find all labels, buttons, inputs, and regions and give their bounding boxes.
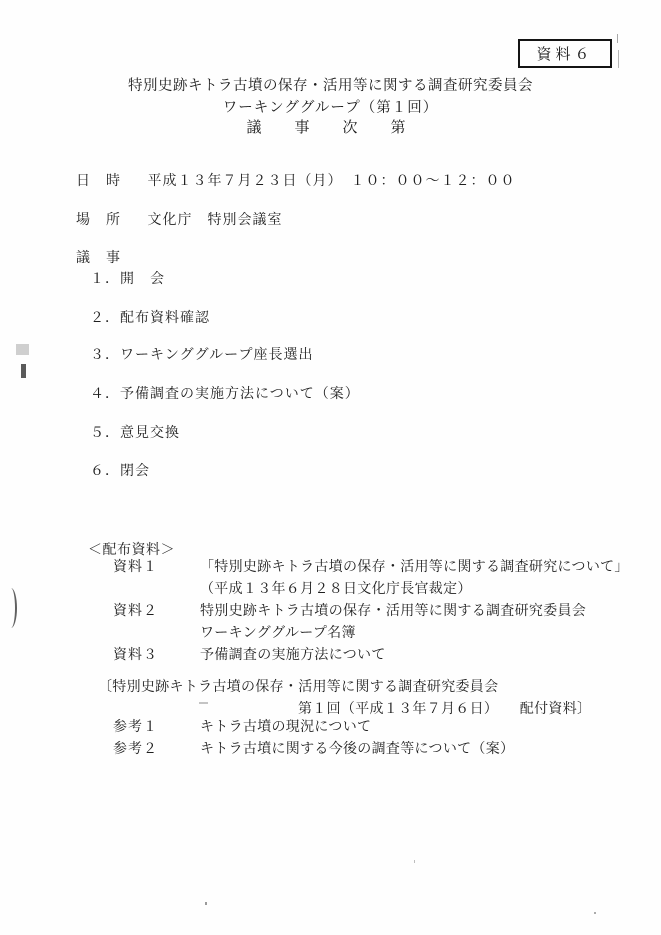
- datetime-value: 平成１３年７月２３日（月） １０：００～１２：００: [148, 170, 516, 190]
- handout-3-line-1: 予備調査の実施方法について: [200, 645, 386, 667]
- datetime-label: 日 時: [76, 170, 121, 190]
- scan-artifact-blob: [16, 344, 29, 355]
- agenda-item-2: ２．配布資料確認: [90, 307, 210, 327]
- place-value: 文化庁 特別会議室: [148, 209, 283, 229]
- scan-artifact-dash: [618, 50, 619, 68]
- working-group-subtitle: ワーキンググループ（第１回）: [0, 96, 661, 117]
- scan-artifact-curve: [5, 588, 17, 628]
- handout-1-line-1: 「特別史跡キトラ古墳の保存・活用等に関する調査研究について」: [200, 557, 629, 579]
- doc-number-label: 資料６: [536, 43, 593, 64]
- scan-artifact-dot: [199, 702, 208, 704]
- handout-2-line-1: 特別史跡キトラ古墳の保存・活用等に関する調査研究委員会: [200, 601, 586, 623]
- handout-row-2: 資料２ 特別史跡キトラ古墳の保存・活用等に関する調査研究委員会 ワーキンググルー…: [113, 601, 586, 645]
- scan-artifact-blob: [21, 364, 26, 378]
- handouts-heading: ＜配布資料＞: [88, 539, 175, 559]
- reference-2-text: キトラ古墳に関する今後の調査等について（案）: [200, 739, 514, 761]
- place-row: 場 所 文化庁 特別会議室: [76, 209, 283, 229]
- scan-artifact-dash: [617, 34, 618, 43]
- reference-label-2: 参考２: [113, 739, 200, 761]
- committee-title: 特別史跡キトラ古墳の保存・活用等に関する調査研究委員会: [0, 74, 661, 95]
- agenda-item-6: ６．閉会: [90, 460, 150, 480]
- reference-bracket-line-1: 〔特別史跡キトラ古墳の保存・活用等に関する調査研究委員会: [98, 676, 498, 696]
- scan-artifact-dot: [594, 912, 596, 914]
- scan-artifact-dot: [414, 860, 415, 863]
- agenda-item-1: １．開 会: [90, 268, 165, 288]
- place-label: 場 所: [76, 209, 121, 229]
- reference-bracket-line-2: 第１回（平成１３年７月６日） 配付資料〕: [298, 698, 591, 718]
- agenda-item-3: ３．ワーキンググループ座長選出: [90, 344, 313, 364]
- agenda-doc-heading: 議 事 次 第: [0, 116, 661, 137]
- agenda-section-label: 議 事: [76, 247, 121, 267]
- scan-artifact-dot: [205, 902, 207, 905]
- handout-label-2: 資料２: [113, 601, 200, 623]
- handout-row-1: 資料１ 「特別史跡キトラ古墳の保存・活用等に関する調査研究について」 （平成１３…: [113, 557, 629, 601]
- reference-row-1: 参考１ キトラ古墳の現況について: [113, 717, 371, 739]
- handout-label-1: 資料１: [113, 557, 200, 579]
- datetime-row: 日 時 平成１３年７月２３日（月） １０：００～１２：００: [76, 170, 516, 190]
- reference-1-text: キトラ古墳の現況について: [200, 717, 371, 739]
- agenda-item-4: ４．予備調査の実施方法について（案）: [90, 383, 360, 403]
- handout-row-3: 資料３ 予備調査の実施方法について: [113, 645, 386, 667]
- reference-row-2: 参考２ キトラ古墳に関する今後の調査等について（案）: [113, 739, 514, 761]
- agenda-item-5: ５．意見交換: [90, 422, 180, 442]
- handout-1-line-2: （平成１３年６月２８日文化庁長官裁定）: [200, 579, 629, 601]
- scanned-document-page: 資料６ 特別史跡キトラ古墳の保存・活用等に関する調査研究委員会 ワーキンググルー…: [0, 0, 661, 935]
- doc-number-box: 資料６: [518, 39, 612, 68]
- reference-label-1: 参考１: [113, 717, 200, 739]
- handout-2-line-2: ワーキンググループ名簿: [200, 623, 586, 645]
- handout-label-3: 資料３: [113, 645, 200, 667]
